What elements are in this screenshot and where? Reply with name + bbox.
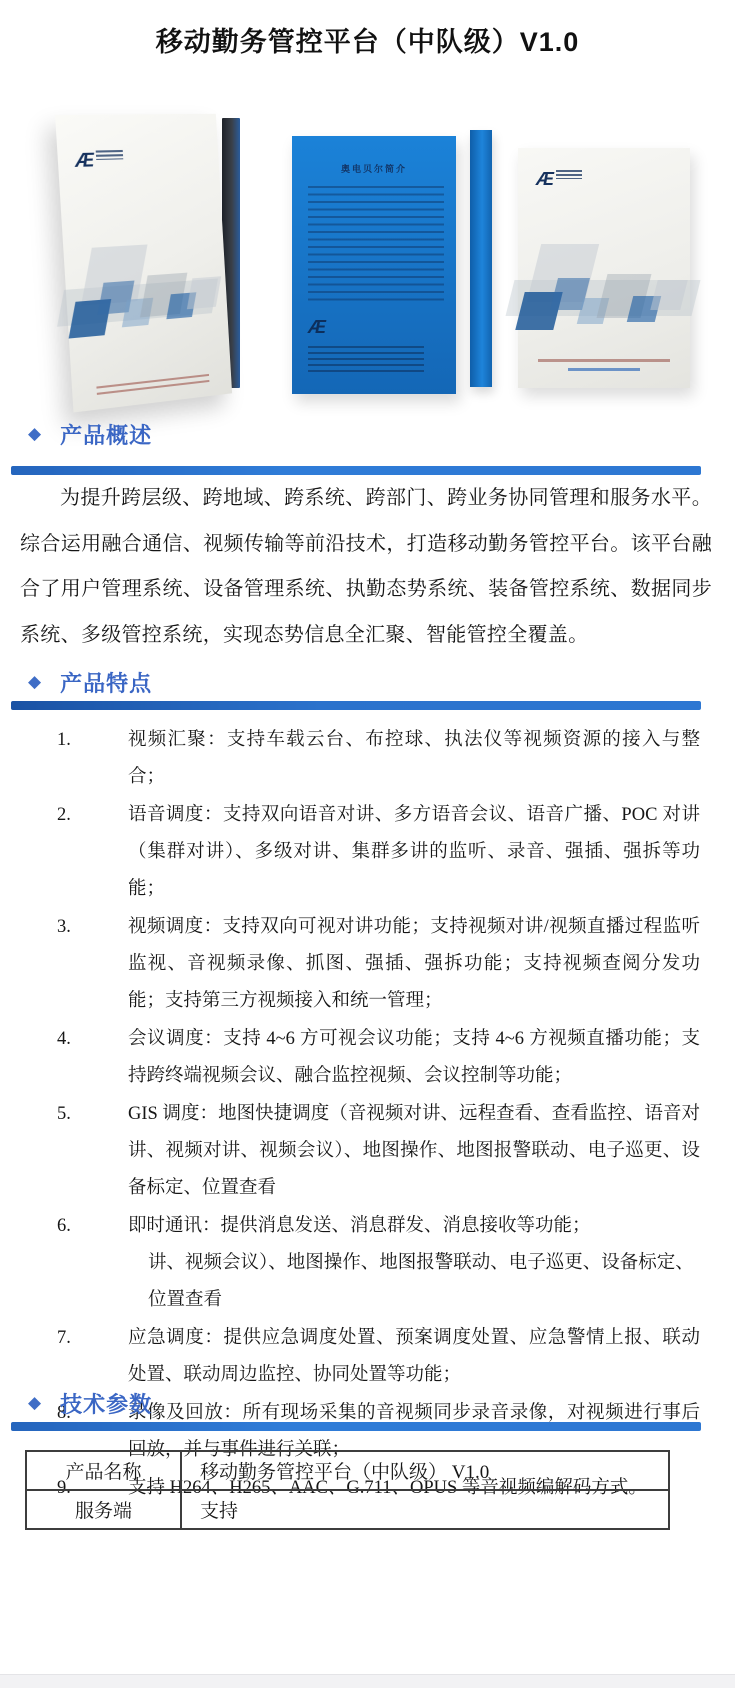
feature-number: 7. — [57, 1320, 117, 1357]
feature-number: 2. — [57, 797, 117, 834]
spec-value: 支持 — [181, 1490, 669, 1529]
feature-item: 1.视频汇聚：支持车载云台、布控球、执法仪等视频资源的接入与整合； — [57, 722, 700, 796]
diamond-icon: ◆ — [28, 1395, 42, 1412]
section-divider-bar — [11, 701, 701, 710]
diamond-icon: ◆ — [28, 426, 42, 443]
feature-number: 4. — [57, 1021, 117, 1058]
cover-fineprint — [538, 359, 670, 362]
section-header-specs: ◆ 技术参数 — [28, 1388, 152, 1419]
brochure-left-cover: Æ — [55, 114, 232, 413]
brand-logo-text: Æ — [74, 151, 94, 170]
spec-name: 产品名称 — [26, 1451, 181, 1490]
feature-extra-line: 讲、视频会议）、地图操作、地图报警联动、电子巡更、设备标定、位置查看 — [128, 1245, 700, 1319]
brochure-right: Æ — [518, 148, 690, 388]
feature-text: 视频调度：支持双向可视对讲功能；支持视频对讲/视频直播过程监听监视、音视频录像、… — [128, 917, 700, 1011]
feature-list: 1.视频汇聚：支持车载云台、布控球、执法仪等视频资源的接入与整合；2.语音调度：… — [57, 722, 700, 1508]
feature-number: 3. — [57, 909, 117, 946]
brochure-edge-strip — [470, 130, 492, 387]
cover-art-cubes — [63, 232, 229, 358]
spec-name: 服务端 — [26, 1490, 181, 1529]
feature-item: 2.语音调度：支持双向语音对讲、多方语音会议、语音广播、POC 对讲（集群对讲）… — [57, 797, 700, 908]
feature-number: 5. — [57, 1096, 117, 1133]
brand-logo-text: Æ — [308, 318, 326, 336]
feature-item: 5.GIS 调度：地图快捷调度（音视频对讲、远程查看、查看监控、语音对讲、视频对… — [57, 1096, 700, 1207]
document-page: 移动勤务管控平台（中队级）V1.0 Æ — [0, 0, 735, 1688]
section-title: 产品特点 — [60, 667, 152, 698]
brochure-middle-title: 奥电贝尔简介 — [292, 162, 456, 175]
cover-fineprint — [96, 374, 209, 395]
section-title: 产品概述 — [60, 419, 152, 450]
cover-url-line — [568, 368, 640, 371]
feature-number: 1. — [57, 722, 117, 759]
feature-text: 应急调度：提供应急调度处置、预案调度处置、应急警情上报、联动处置、联动周边监控、… — [128, 1328, 700, 1385]
feature-item: 3.视频调度：支持双向可视对讲功能；支持视频对讲/视频直播过程监听监视、音视频录… — [57, 909, 700, 1020]
feature-text: GIS 调度：地图快捷调度（音视频对讲、远程查看、查看监控、语音对讲、视频对讲、… — [128, 1104, 700, 1198]
section-header-features: ◆ 产品特点 — [28, 667, 152, 698]
cover-art-cubes — [518, 240, 690, 348]
brochure-middle-bodytext — [308, 186, 444, 304]
spec-row: 服务端支持 — [26, 1490, 669, 1529]
feature-text: 视频汇聚：支持车载云台、布控球、执法仪等视频资源的接入与整合； — [128, 730, 700, 787]
cover-fineprint — [308, 346, 424, 372]
brand-logo-text: Æ — [536, 170, 554, 188]
brand-logo-marks — [96, 150, 124, 160]
page-title: 移动勤务管控平台（中队级）V1.0 — [0, 20, 735, 59]
brochure-middle: 奥电贝尔简介 Æ — [292, 136, 456, 394]
feature-item: 4.会议调度：支持 4~6 方可视会议功能；支持 4~6 方视频直播功能；支持跨… — [57, 1021, 700, 1095]
overview-paragraph: 为提升跨层级、跨地域、跨系统、跨部门、跨业务协同管理和服务水平。综合运用融合通信… — [20, 476, 712, 658]
brand-logo-marks — [556, 170, 582, 179]
section-divider-bar — [11, 466, 701, 475]
section-title: 技术参数 — [60, 1388, 152, 1419]
brand-logo: Æ — [308, 318, 326, 338]
feature-item: 7.应急调度：提供应急调度处置、预案调度处置、应急警情上报、联动处置、联动周边监… — [57, 1320, 700, 1394]
page-footer-strip — [0, 1674, 735, 1688]
brochure-left: Æ — [66, 114, 242, 400]
diamond-icon: ◆ — [28, 674, 42, 691]
spec-row: 产品名称移动勤务管控平台（中队级） V1.0 — [26, 1451, 669, 1490]
section-header-overview: ◆ 产品概述 — [28, 419, 152, 450]
brand-logo: Æ — [536, 170, 582, 190]
feature-item: 6.即时通讯：提供消息发送、消息群发、消息接收等功能；讲、视频会议）、地图操作、… — [57, 1208, 700, 1319]
brochure-photos: Æ 奥电贝尔简介 Æ — [0, 100, 735, 410]
specs-table: 产品名称移动勤务管控平台（中队级） V1.0服务端支持 — [25, 1450, 670, 1530]
section-divider-bar — [11, 1422, 701, 1431]
feature-number: 6. — [57, 1208, 117, 1245]
feature-text: 会议调度：支持 4~6 方可视会议功能；支持 4~6 方视频直播功能；支持跨终端… — [128, 1029, 700, 1086]
feature-text: 语音调度：支持双向语音对讲、多方语音会议、语音广播、POC 对讲（集群对讲）、多… — [128, 805, 700, 899]
spec-value: 移动勤务管控平台（中队级） V1.0 — [181, 1451, 669, 1490]
feature-text: 即时通讯：提供消息发送、消息群发、消息接收等功能； — [128, 1216, 591, 1236]
brand-logo: Æ — [74, 150, 123, 172]
